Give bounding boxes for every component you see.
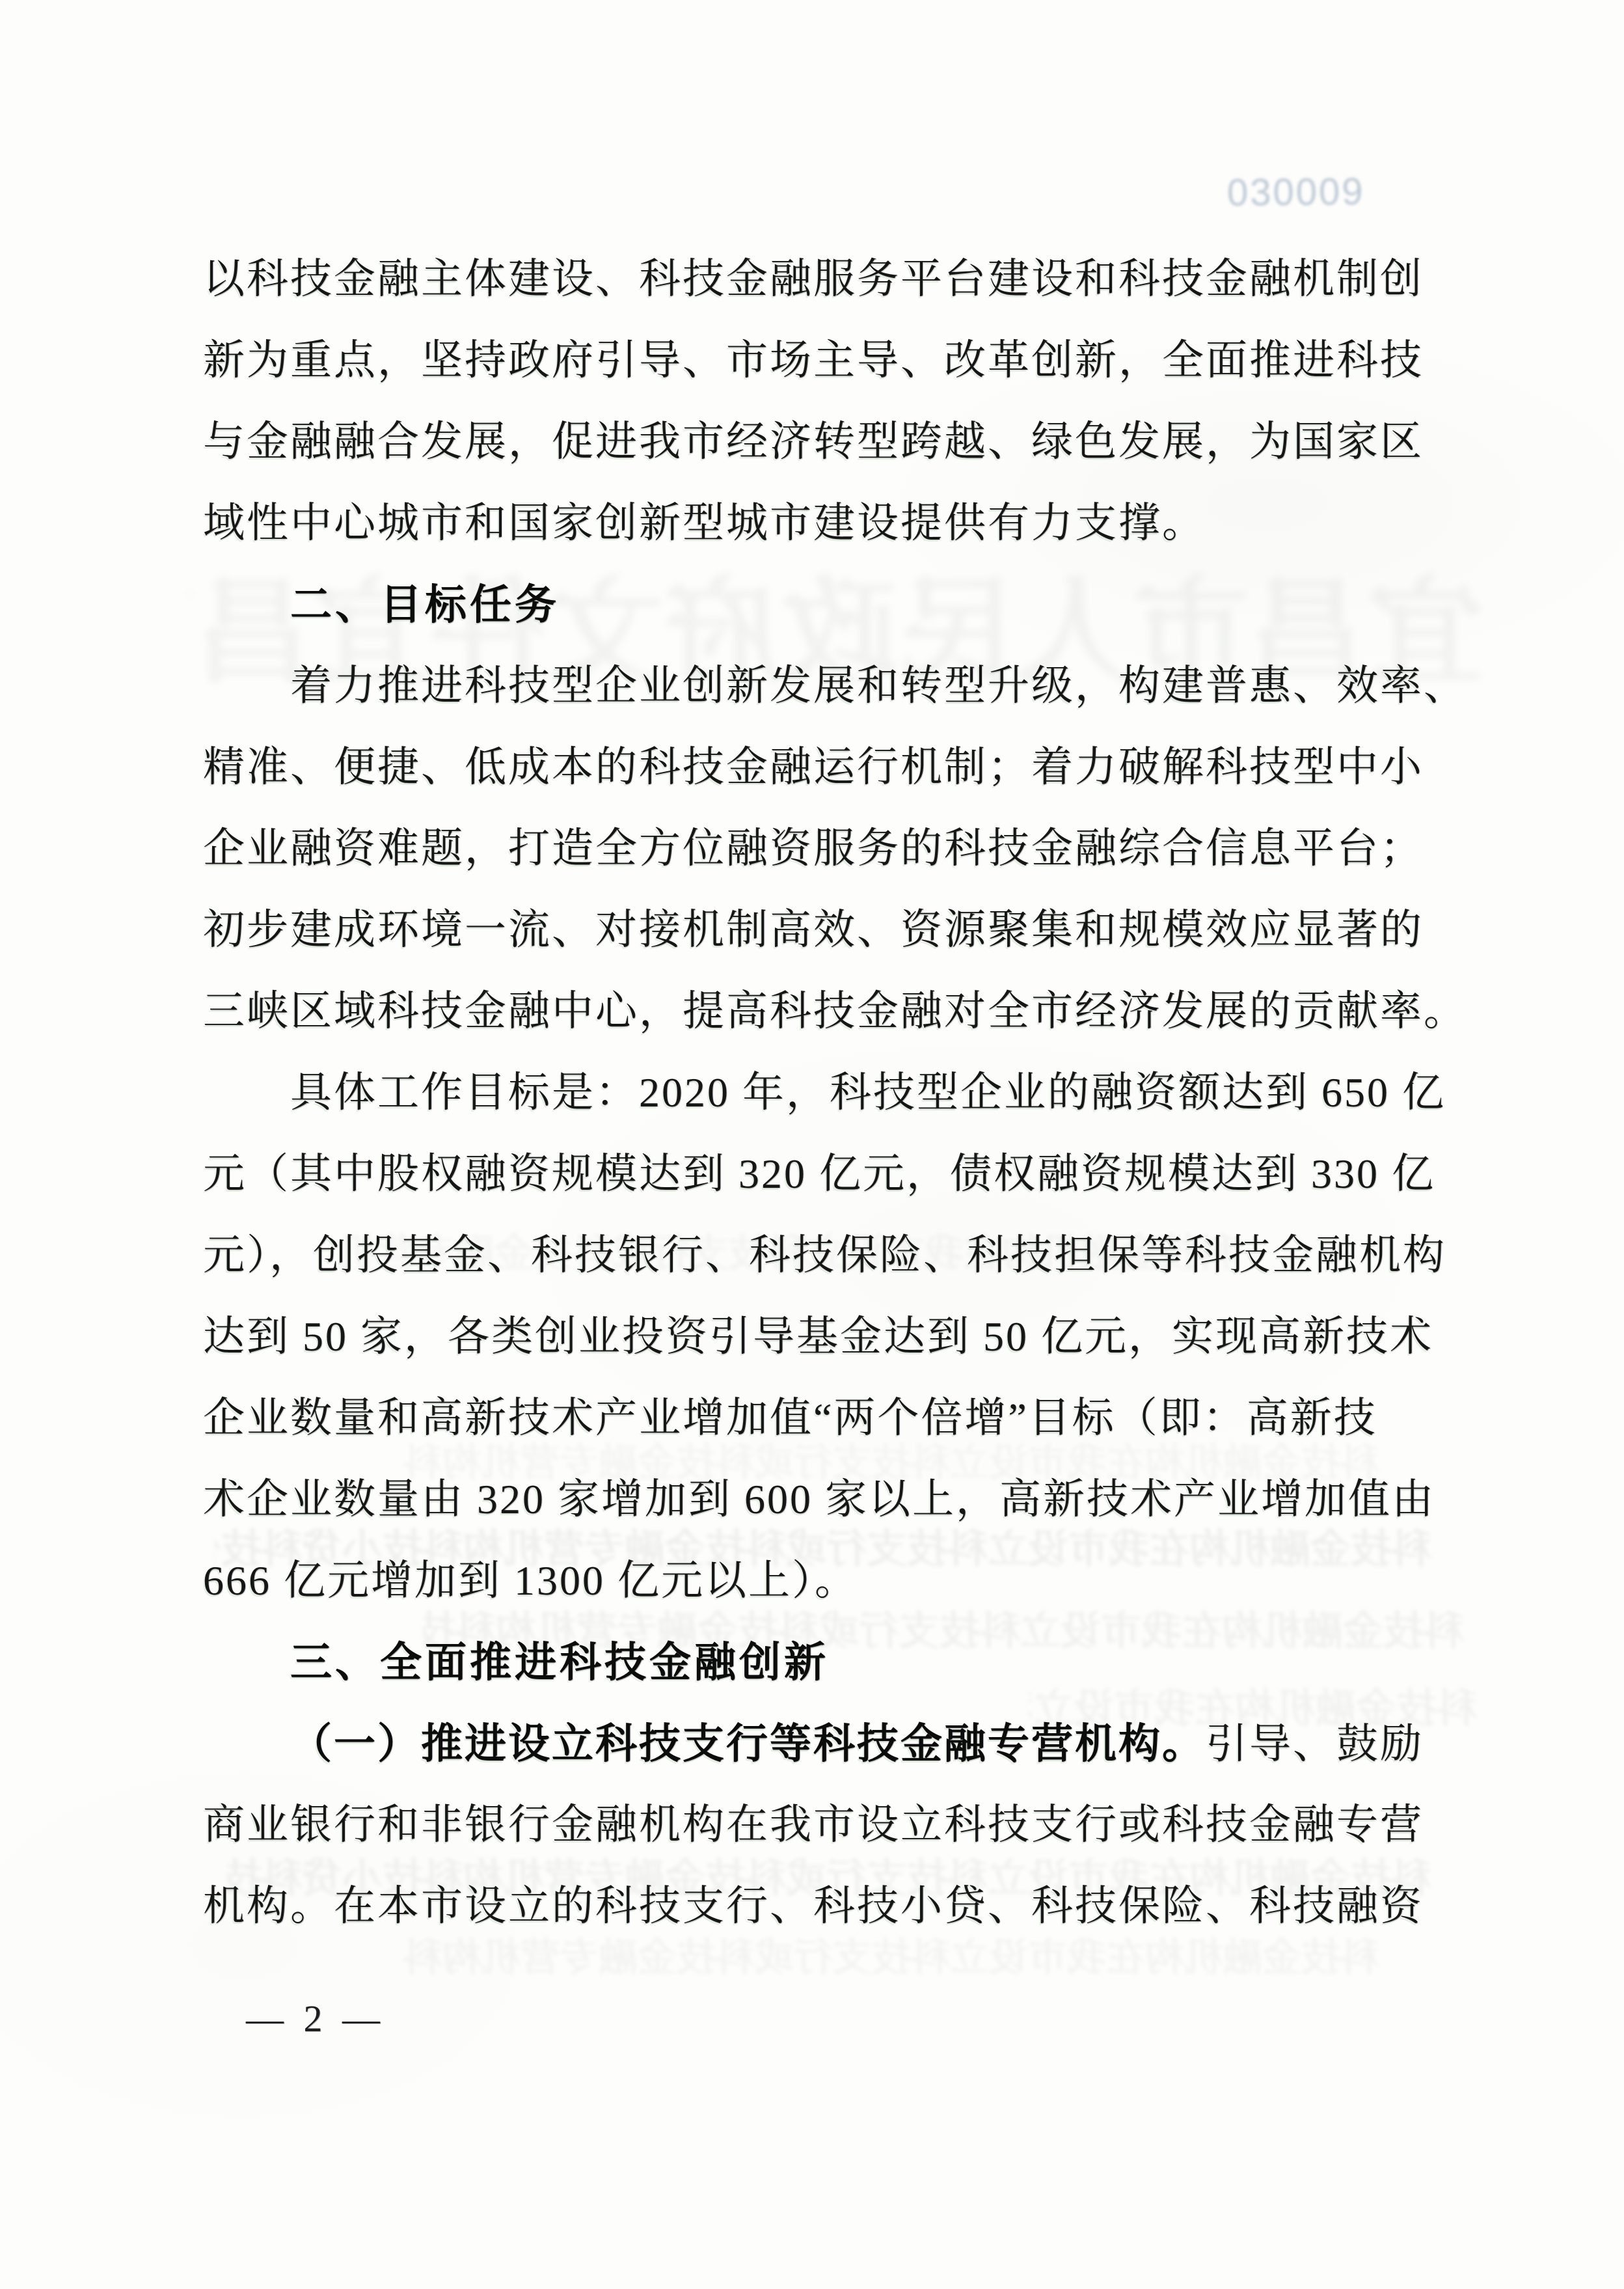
text-line: 666 亿元增加到 1300 亿元以上）。: [203, 1553, 1433, 1634]
clause-heading-bold: （一）推进设立科技支行等科技金融专营机构。: [290, 1720, 1206, 1767]
text-line: 商业银行和非银行金融机构在我市设立科技支行或科技金融专营: [203, 1797, 1433, 1878]
section-heading: 二、目标任务: [203, 577, 1520, 658]
text-line: 机构。在本市设立的科技支行、科技小贷、科技保险、科技融资: [203, 1878, 1433, 1960]
text-line: 着力推进科技型企业创新发展和转型升级，构建普惠、效率、: [203, 658, 1520, 739]
document-page: 030009 宜昌市人民政府文件宜昌市人民政府文件科技金融机构在我市设立科技支行…: [0, 0, 1624, 2289]
text-line: 初步建成环境一流、对接机制高效、资源聚集和规模效应显著的: [203, 902, 1433, 983]
text-line: 精准、便捷、低成本的科技金融运行机制；着力破解科技型中小: [203, 739, 1433, 821]
page-number: — 2 —: [246, 1997, 389, 2040]
text-line: 以科技金融主体建设、科技金融服务平台建设和科技金融机制创: [203, 251, 1433, 333]
text-line: 三峡区域科技金融中心，提高科技金融对全市经济发展的贡献率。: [203, 983, 1433, 1065]
text-line: 企业数量和高新技术产业增加值“两个倍增”目标（即：高新技: [203, 1390, 1433, 1472]
text-line: 新为重点，坚持政府引导、市场主导、改革创新，全面推进科技: [203, 333, 1433, 414]
text-run: 引导、鼓励: [1206, 1721, 1424, 1767]
text-line: 元（其中股权融资规模达到 320 亿元，债权融资规模达到 330 亿: [203, 1146, 1433, 1227]
text-line: 术企业数量由 320 家增加到 600 家以上，高新技术产业增加值由: [203, 1472, 1433, 1553]
section-heading: 三、全面推进科技金融创新: [203, 1634, 1520, 1716]
text-line: 企业融资难题，打造全方位融资服务的科技金融综合信息平台；: [203, 821, 1433, 902]
text-line: 达到 50 家，各类创业投资引导基金达到 50 亿元，实现高新技术: [203, 1309, 1433, 1390]
text-line: 与金融融合发展，促进我市经济转型跨越、绿色发展，为国家区: [203, 414, 1433, 495]
text-line: 元），创投基金、科技银行、科技保险、科技担保等科技金融机构: [203, 1227, 1433, 1309]
text-line: （一）推进设立科技支行等科技金融专营机构。引导、鼓励: [203, 1716, 1520, 1797]
text-line: 域性中心城市和国家创新型城市建设提供有力支撑。: [203, 495, 1433, 577]
scan-stamp-number: 030009: [1227, 170, 1365, 215]
text-line: 具体工作目标是：2020 年，科技型企业的融资额达到 650 亿: [203, 1065, 1520, 1146]
